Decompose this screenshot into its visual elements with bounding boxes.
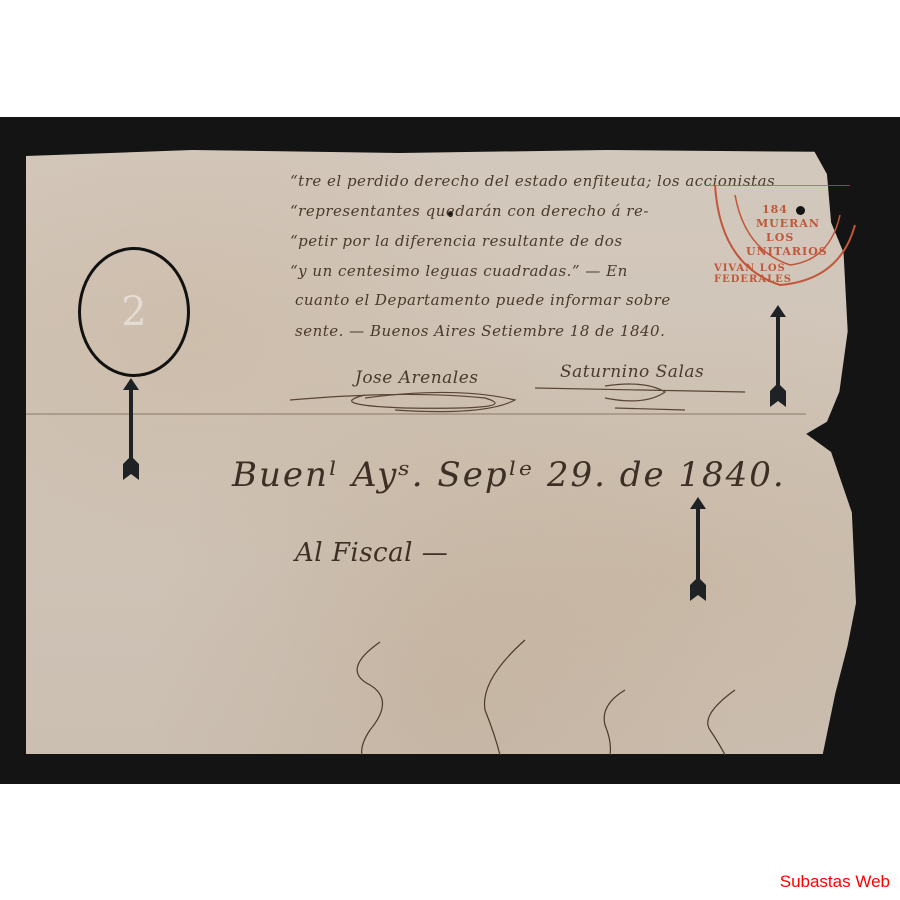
signature-flourish (285, 380, 765, 420)
arrow-up-icon (688, 497, 708, 601)
arrow-up-icon (768, 305, 788, 407)
stamp-line-unitarios: UNITARIOS (746, 245, 828, 258)
stamp-line-mueran: MUERAN (756, 217, 820, 230)
manuscript-line-5: cuanto el Departamento puede informar so… (295, 291, 671, 309)
signature-salas: Saturnino Salas (560, 362, 704, 382)
wavy-cut-lines (280, 630, 760, 755)
decree-date: Buenˡ Ayˢ. Sepˡᵉ 29. de 1840. (232, 455, 786, 495)
manuscript-line-2: “representantes quedarán con derecho á r… (290, 202, 649, 220)
stamp-year: 184 (762, 203, 788, 216)
decree-text: Al Fiscal — (295, 538, 448, 568)
embossed-seal-circle: 2 (78, 247, 190, 377)
arrow-up-icon (121, 378, 141, 480)
federal-stamp: 184 MUERAN LOS UNITARIOS VIVAN LOS FEDER… (700, 185, 860, 295)
manuscript-line-4: “y un centesimo leguas cuadradas.” — En (290, 262, 628, 280)
stamp-line-los: LOS (766, 231, 794, 244)
watermark-subastas-web: Subastas Web (780, 872, 890, 892)
manuscript-line-6: sente. — Buenos Aires Setiembre 18 de 18… (295, 322, 665, 340)
stamp-outer-text: VIVAN LOS FEDERALES (714, 263, 860, 285)
embossed-seal-glyph: 2 (121, 289, 146, 335)
manuscript-line-3: “petir por la diferencia resultante de d… (290, 232, 623, 250)
